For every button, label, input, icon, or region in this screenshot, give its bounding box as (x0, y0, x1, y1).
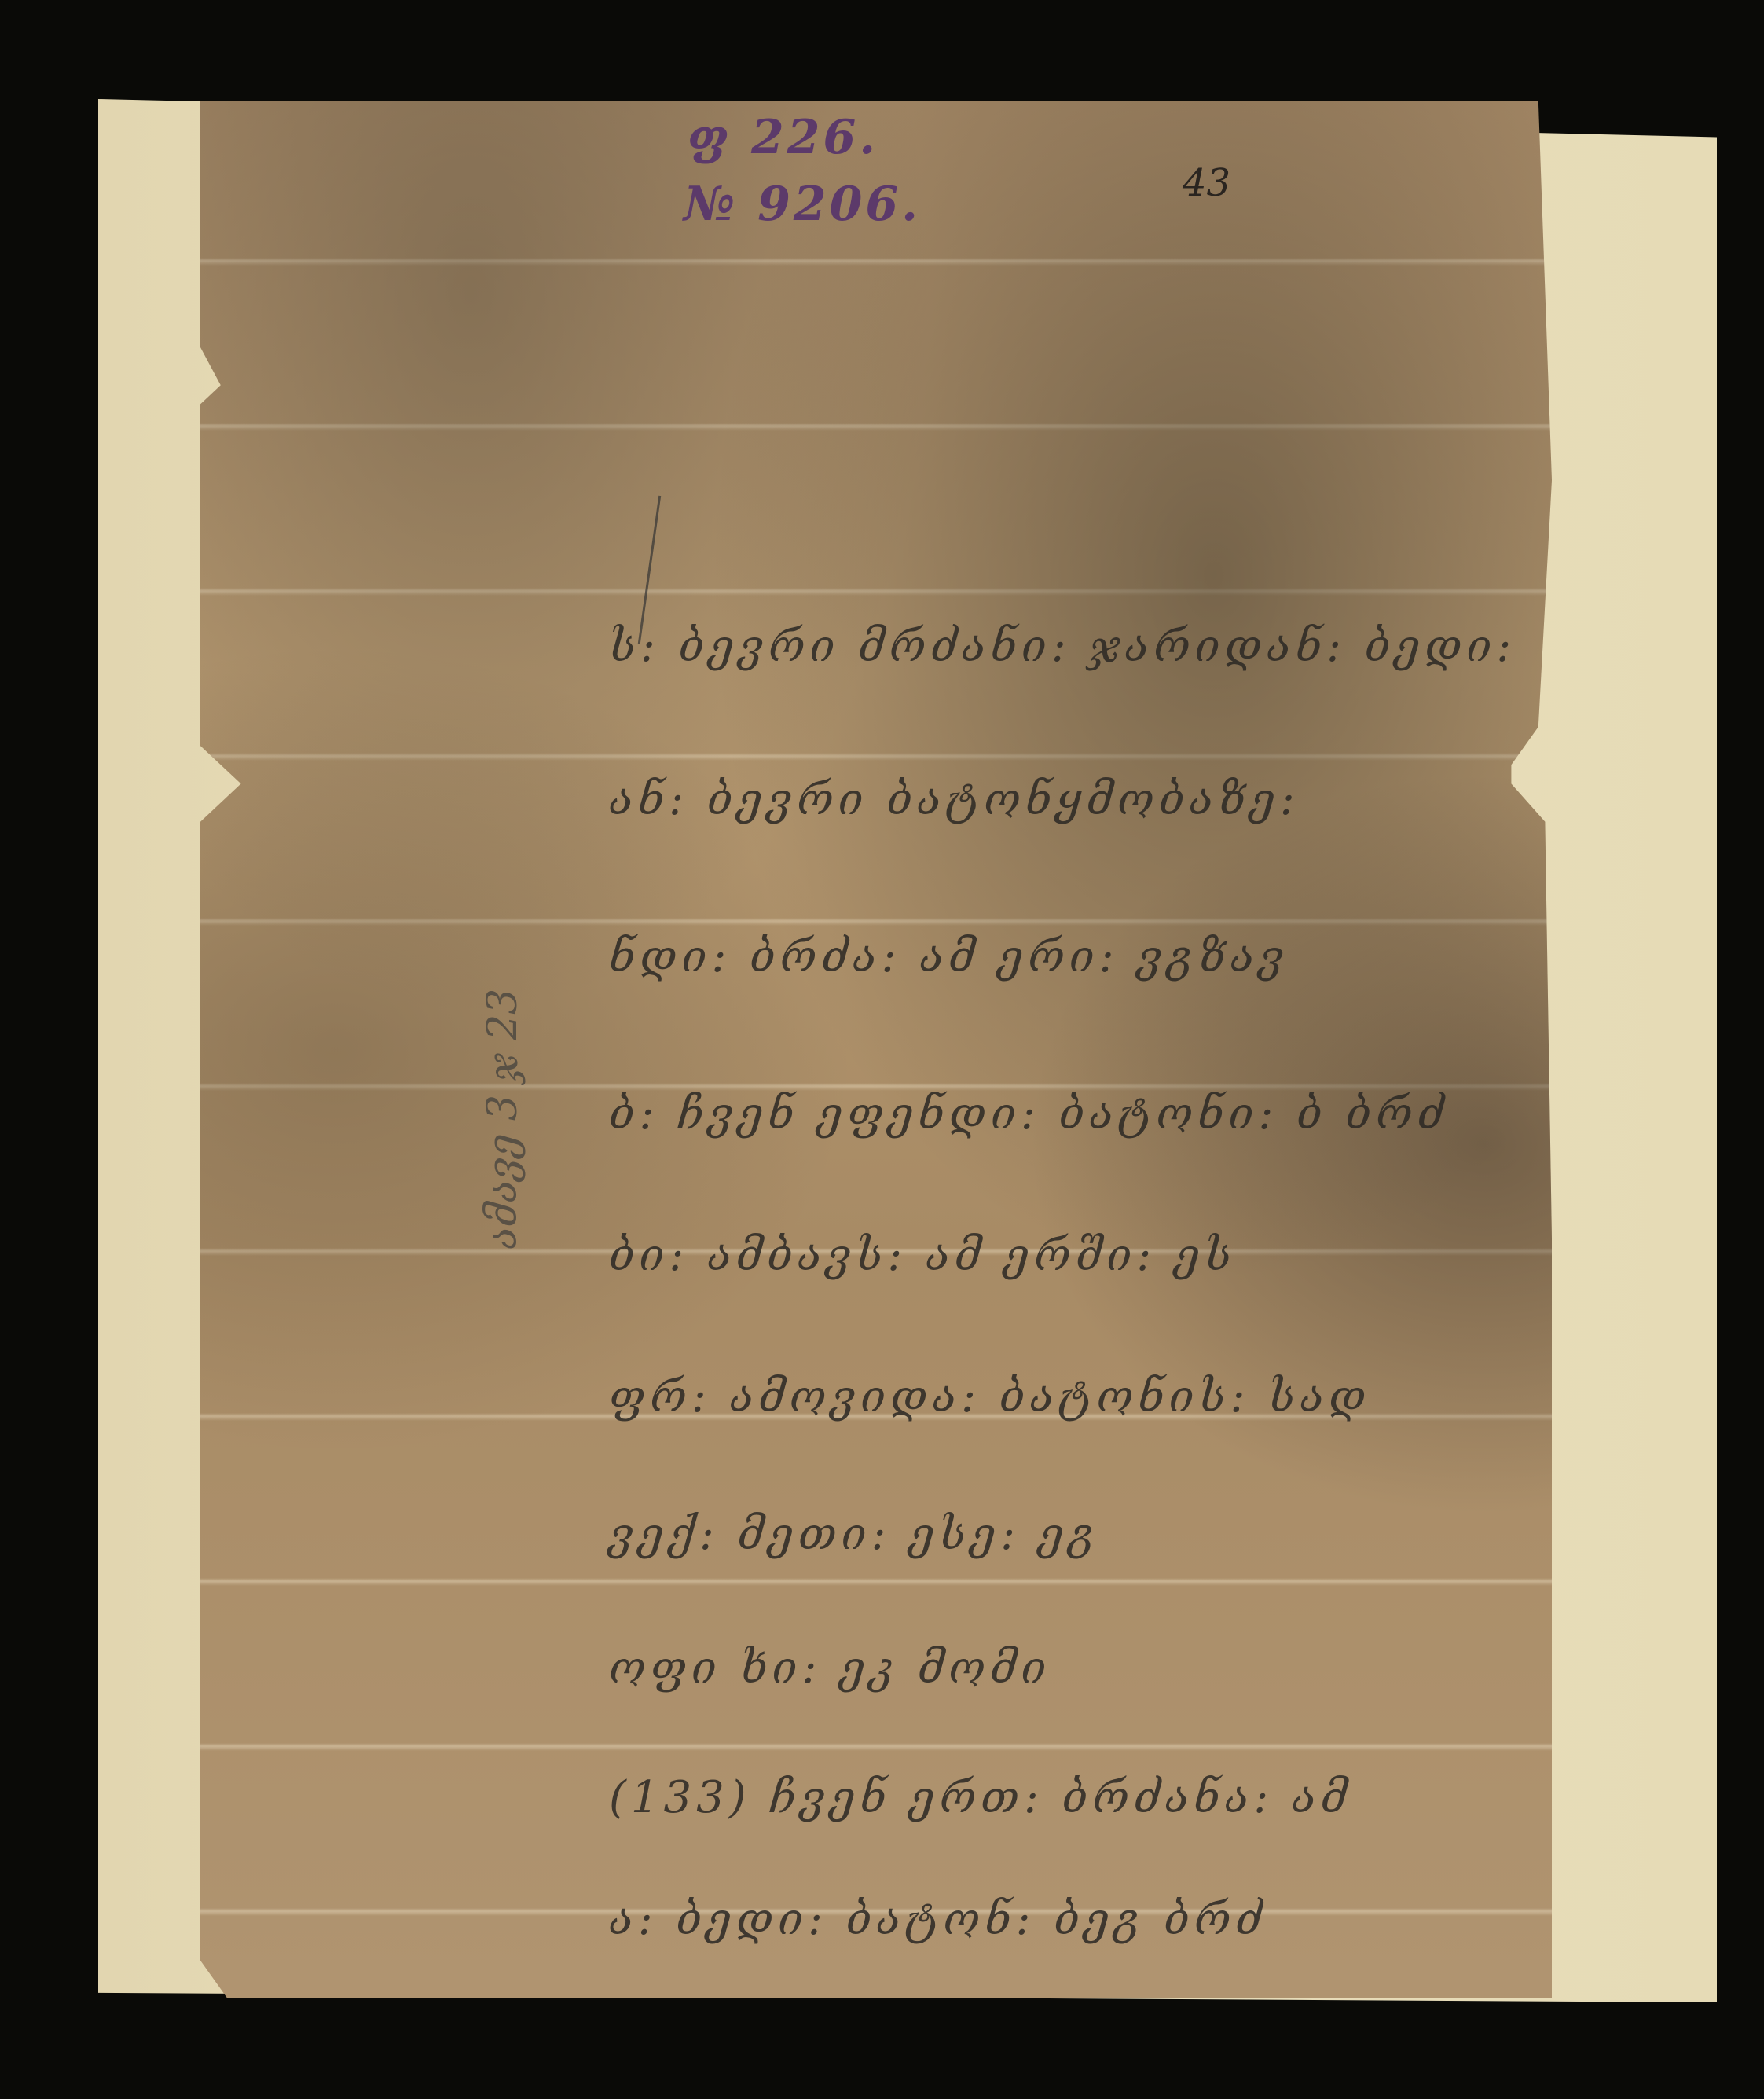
text-line: ბი: ამბავს: ამ ერში: ეს (609, 1230, 1236, 1281)
text-line: ვექ: მეთი: ესე: ეგ (609, 1509, 1099, 1560)
text-line: ნდი: ბრძა: ამ ერი: ვგზავ (609, 931, 1289, 982)
text-line: ფრ: ამოვიდა: ბატონის: სად (609, 1371, 1370, 1422)
margin-note: ამავე 3 ჯ 23 (479, 989, 526, 1249)
archive-stamp-line1: ფ 226. (688, 110, 878, 165)
text-line: ა: ბედი: ბატონ: ბეგ ბრძ (609, 1894, 1267, 1945)
text-line: ბ: ჩვენ ეფენდი: ბატონი: ბ ბრძ (609, 1088, 1448, 1139)
folio-number: 43 (1183, 161, 1230, 205)
manuscript-leaf (200, 101, 1552, 1998)
text-line: ან: ბევრი ბატონყმობაზე: (609, 774, 1300, 825)
archive-stamp-line2: № 9206. (684, 177, 921, 232)
text-line: ოფი ხი: ეკ მომი (609, 1642, 1051, 1694)
text-line: ს: ბევრი მრძანი: ჯარიდან: ბედი: (609, 621, 1516, 672)
text-line: (133) ჩვენ ერთ: ბრძანა: ამ (609, 1772, 1351, 1823)
